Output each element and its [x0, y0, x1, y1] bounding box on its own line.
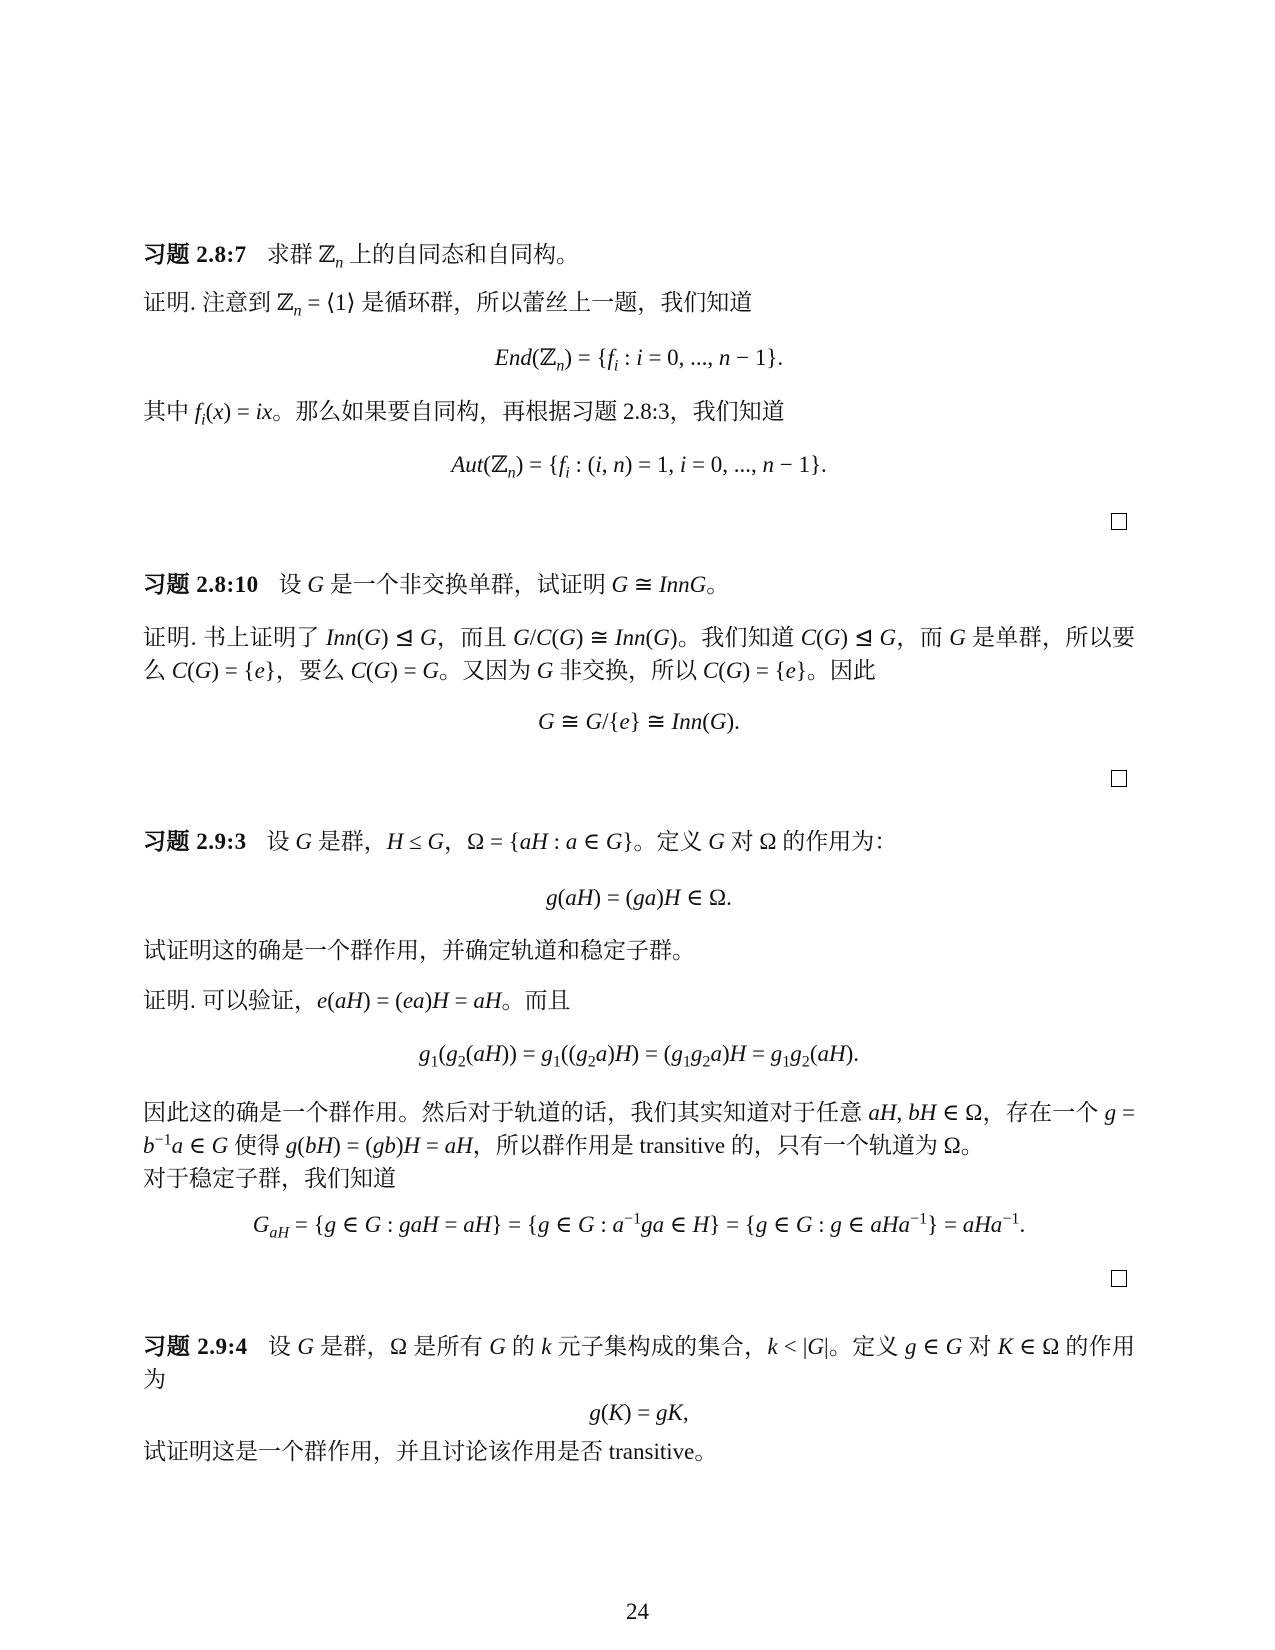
qed-tombstone-icon: [1111, 770, 1127, 787]
display-formula-gk: g(K) = gK,: [143, 1396, 1135, 1429]
exercise-heading-2-8-7: 习题 2.8:7求群 ℤn 上的自同态和自同构。: [143, 238, 1135, 271]
qed-tombstone-icon: [1111, 1270, 1127, 1287]
exercise-number: 习题 2.9:4: [143, 1334, 248, 1359]
display-formula-action-def: g(aH) = (ga)H ∈ Ω.: [143, 881, 1135, 914]
exercise-heading-2-9-4: 习题 2.9:4设 G 是群，Ω 是所有 G 的 k 元子集构成的集合，k < …: [143, 1330, 1135, 1396]
proof-paragraph: 证明. 可以验证，e(aH) = (ea)H = aH。而且: [143, 984, 1135, 1017]
proof-paragraph: 证明. 书上证明了 Inn(G) ⊴ G，而且 G/C(G) ≅ Inn(G)。…: [143, 621, 1135, 687]
exercise-statement: 求群 ℤn 上的自同态和自同构。: [267, 242, 579, 267]
text-column: 习题 2.8:7求群 ℤn 上的自同态和自同构。 证明. 注意到 ℤn = ⟨1…: [143, 238, 1135, 1468]
display-formula-aut-zn: Aut(ℤn) = {fi : (i, n) = 1, i = 0, ..., …: [143, 448, 1135, 481]
exercise-statement: 设 G 是群，H ≤ G，Ω = {aH : a ∈ G}。定义 G 对 Ω 的…: [267, 829, 898, 854]
exercise-statement: 设 G 是一个非交换单群，试证明 G ≅ InnG。: [279, 572, 730, 597]
exercise-number: 习题 2.9:3: [143, 829, 247, 854]
qed-row: [143, 513, 1135, 530]
proof-paragraph: 证明. 注意到 ℤn = ⟨1⟩ 是循环群，所以蕾丝上一题，我们知道: [143, 286, 1135, 319]
body-paragraph: 试证明这的确是一个群作用，并确定轨道和稳定子群。: [143, 934, 1135, 967]
display-formula-end-zn: End(ℤn) = {fi : i = 0, ..., n − 1}.: [143, 341, 1135, 374]
page-number: 24: [0, 1595, 1275, 1628]
body-paragraph: 试证明这是一个群作用，并且讨论该作用是否 transitive。: [143, 1435, 1135, 1468]
body-paragraph: 其中 fi(x) = ix。那么如果要自同构，再根据习题 2.8:3，我们知道: [143, 395, 1135, 428]
display-formula-stabilizer: GaH = {g ∈ G : gaH = aH} = {g ∈ G : a−1g…: [143, 1208, 1135, 1241]
qed-tombstone-icon: [1111, 513, 1127, 530]
exercise-heading-2-8-10: 习题 2.8:10设 G 是一个非交换单群，试证明 G ≅ InnG。: [143, 568, 1135, 601]
exercise-number: 习题 2.8:7: [143, 242, 247, 267]
exercise-heading-2-9-3: 习题 2.9:3设 G 是群，H ≤ G，Ω = {aH : a ∈ G}。定义…: [143, 825, 1135, 858]
qed-row: [143, 770, 1135, 787]
display-formula-inn-g: G ≅ G/{e} ≅ Inn(G).: [143, 705, 1135, 738]
exercise-number: 习题 2.8:10: [143, 572, 259, 597]
qed-row: [143, 1270, 1135, 1287]
proof-paragraph: 因此这的确是一个群作用。然后对于轨道的话，我们其实知道对于任意 aH, bH ∈…: [143, 1096, 1135, 1195]
display-formula-associativity: g1(g2(aH)) = g1((g2a)H) = (g1g2a)H = g1g…: [143, 1037, 1135, 1070]
exercise-statement: 设 G 是群，Ω 是所有 G 的 k 元子集构成的集合，k < |G|。定义 g…: [143, 1334, 1135, 1392]
document-page: 习题 2.8:7求群 ℤn 上的自同态和自同构。 证明. 注意到 ℤn = ⟨1…: [0, 0, 1275, 1650]
